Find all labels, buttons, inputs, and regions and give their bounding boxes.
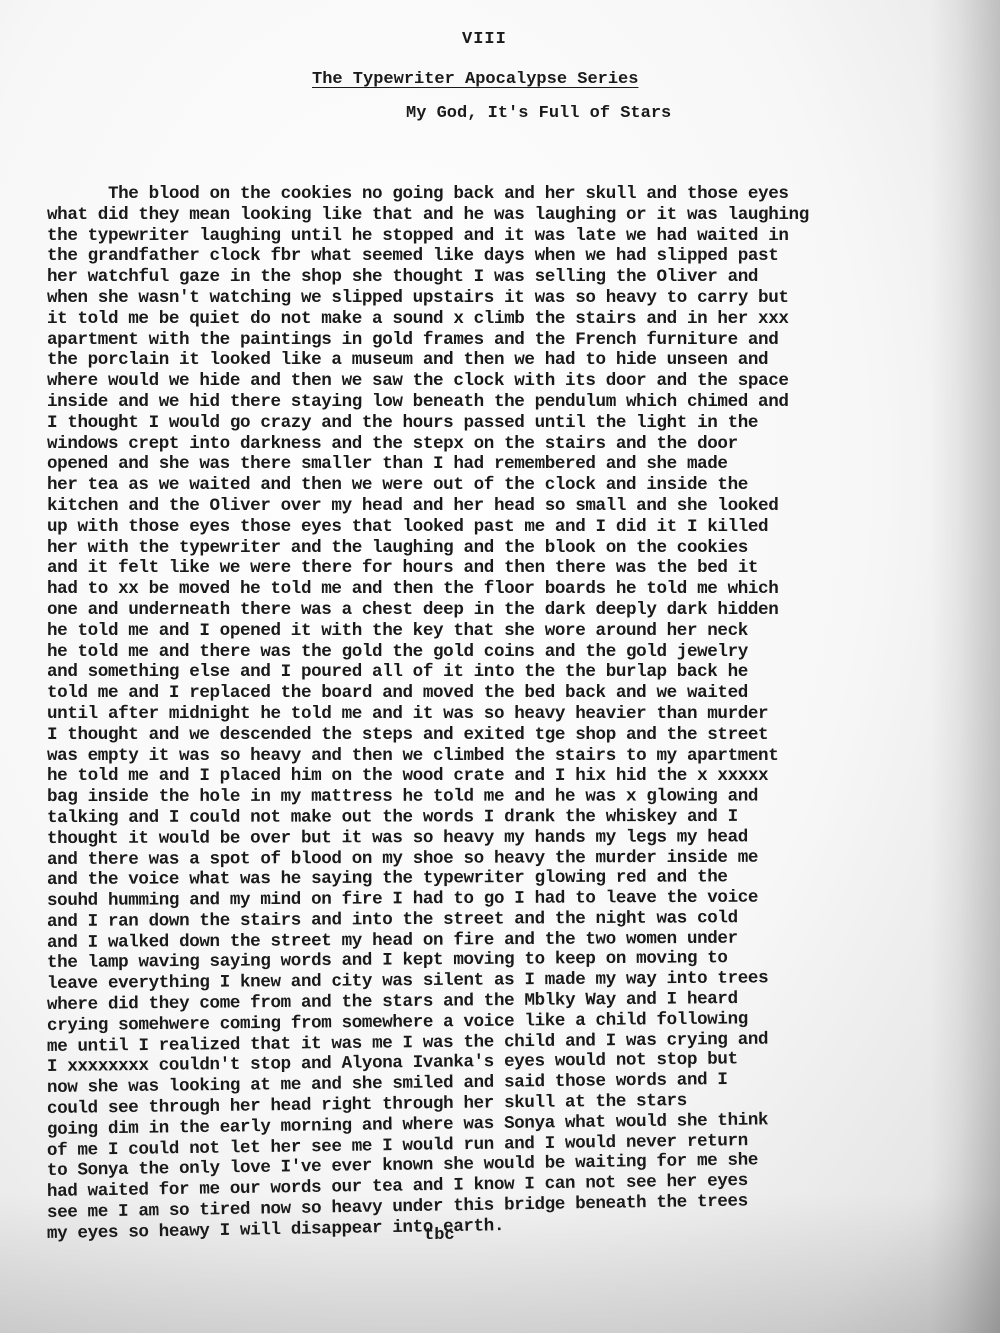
text-line: what did they mean looking like that and…: [47, 205, 987, 226]
text-line: when she wasn't watching we slipped upst…: [47, 288, 987, 309]
text-line: her with the typewriter and the laughing…: [47, 538, 987, 559]
text-line: had to xx be moved he told me and then t…: [47, 579, 987, 600]
text-line: and it felt like we were there for hours…: [47, 558, 987, 579]
chapter-number: VIII: [462, 30, 507, 49]
text-line: thought it would be over but it was so h…: [47, 826, 987, 849]
text-line: the grandfather clock fbr what seemed li…: [47, 246, 987, 267]
text-line: her watchful gaze in the shop she though…: [47, 267, 987, 288]
text-line: it told me be quiet do not make a sound …: [47, 309, 987, 330]
text-line: up with those eyes those eyes that looke…: [47, 517, 987, 538]
text-line: inside and we hid there staying low bene…: [47, 392, 987, 413]
text-line: windows crept into darkness and the step…: [47, 434, 987, 455]
story-body: The blood on the cookies no going back a…: [47, 184, 987, 1245]
text-line: and something else and I poured all of i…: [47, 662, 987, 683]
text-line: The blood on the cookies no going back a…: [47, 184, 987, 205]
series-title: The Typewriter Apocalypse Series: [312, 70, 638, 89]
text-line: bag inside the hole in my mattress he to…: [47, 786, 987, 808]
text-line: where would we hide and then we saw the …: [47, 371, 987, 392]
text-line: the porclain it looked like a museum and…: [47, 350, 987, 371]
text-line: her tea as we waited and then we were ou…: [47, 475, 987, 496]
text-line: opened and she was there smaller than I …: [47, 454, 987, 475]
to-be-continued: tbc: [424, 1226, 455, 1245]
text-line: until after midnight he told me and it w…: [47, 704, 987, 725]
text-line: apartment with the paintings in gold fra…: [47, 330, 987, 351]
text-line: talking and I could not make out the wor…: [47, 806, 987, 828]
story-title: My God, It's Full of Stars: [406, 104, 671, 123]
text-line: I thought and we descended the steps and…: [47, 725, 987, 746]
text-line: he told me and I placed him on the wood …: [47, 766, 987, 787]
text-line: the typewriter laughing until he stopped…: [47, 226, 987, 247]
text-line: he told me and I opened it with the key …: [47, 621, 987, 642]
text-line: he told me and there was the gold the go…: [47, 642, 987, 663]
text-line: was empty it was so heavy and then we cl…: [47, 746, 987, 767]
text-line: I thought I would go crazy and the hours…: [47, 413, 987, 434]
text-line: told me and I replaced the board and mov…: [47, 683, 987, 704]
text-line: one and underneath there was a chest dee…: [47, 600, 987, 621]
text-line: kitchen and the Oliver over my head and …: [47, 496, 987, 517]
